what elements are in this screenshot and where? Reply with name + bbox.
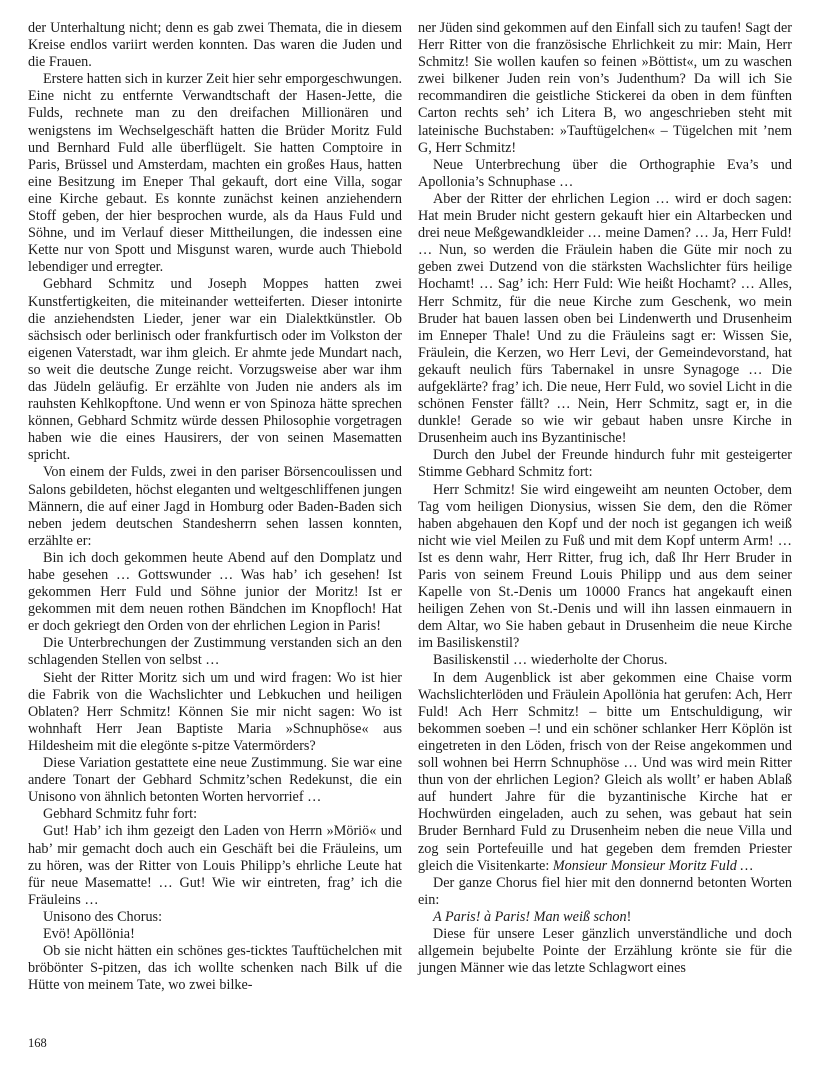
paragraph: Aber der Ritter der ehrlichen Legion … w… (418, 191, 792, 447)
paragraph: Der ganze Chorus fiel hier mit den donne… (418, 875, 792, 909)
paragraph: ner Jüden sind gekommen auf den Einfall … (418, 20, 792, 157)
paragraph: Herr Schmitz! Sie wird eingeweiht am neu… (418, 482, 792, 653)
text-segment: Bin ich doch gekommen heute Abend auf de… (28, 550, 402, 634)
paragraph: der Unterhaltung nicht; denn es gab zwei… (28, 20, 402, 71)
paragraph: A Paris! à Paris! Man weiß schon! (418, 909, 792, 926)
italic-text-segment: A Paris! à Paris! Man weiß schon (433, 909, 627, 925)
text-segment: Sieht der Ritter Moritz sich um und wird… (28, 670, 402, 754)
paragraph: Bin ich doch gekommen heute Abend auf de… (28, 550, 402, 635)
text-segment: ! (627, 909, 632, 925)
paragraph: Von einem der Fulds, zwei in den pariser… (28, 464, 402, 549)
text-segment: Ob sie nicht hätten ein schönes ges-tick… (28, 943, 402, 993)
text-segment: Gut! Hab’ ich ihm gezeigt den Laden von … (28, 823, 402, 907)
text-segment: ner Jüden sind gekommen auf den Einfall … (418, 20, 792, 156)
text-segment: Evö! Apöllönia! (43, 926, 135, 942)
paragraph: Gut! Hab’ ich ihm gezeigt den Laden von … (28, 823, 402, 908)
right-column: ner Jüden sind gekommen auf den Einfall … (418, 20, 792, 1033)
paragraph: Neue Unterbrechung über die Orthographie… (418, 157, 792, 191)
text-segment: Gebhard Schmitz und Joseph Moppes hatten… (28, 276, 402, 463)
paragraph: Basiliskenstil … wiederholte der Chorus. (418, 652, 792, 669)
paragraph: In dem Augenblick ist aber gekommen eine… (418, 670, 792, 875)
text-segment: Unisono des Chorus: (43, 909, 162, 925)
paragraph: Evö! Apöllönia! (28, 926, 402, 943)
paragraph: Die Unterbrechungen der Zustimmung verst… (28, 635, 402, 669)
text-segment: der Unterhaltung nicht; denn es gab zwei… (28, 20, 402, 70)
text-segment: Erstere hatten sich in kurzer Zeit hier … (28, 71, 402, 275)
text-columns: der Unterhaltung nicht; denn es gab zwei… (28, 20, 792, 1033)
text-segment: Durch den Jubel der Freunde hindurch fuh… (418, 447, 792, 480)
paragraph: Diese Variation gestattete eine neue Zus… (28, 755, 402, 806)
text-segment: Herr Schmitz! Sie wird eingeweiht am neu… (418, 482, 792, 652)
paragraph: Unisono des Chorus: (28, 909, 402, 926)
text-segment: Basiliskenstil … wiederholte der Chorus. (433, 652, 667, 668)
paragraph: Gebhard Schmitz und Joseph Moppes hatten… (28, 276, 402, 464)
text-segment: Die Unterbrechungen der Zustimmung verst… (28, 635, 402, 668)
paragraph: Durch den Jubel der Freunde hindurch fuh… (418, 447, 792, 481)
page-number: 168 (28, 1036, 792, 1050)
text-segment: In dem Augenblick ist aber gekommen eine… (418, 670, 792, 874)
paragraph: Diese für unsere Leser gänzlich unverstä… (418, 926, 792, 977)
text-segment: Gebhard Schmitz fuhr fort: (43, 806, 197, 822)
left-column: der Unterhaltung nicht; denn es gab zwei… (28, 20, 402, 1033)
text-segment: Der ganze Chorus fiel hier mit den donne… (418, 875, 792, 908)
italic-text-segment: Monsieur Monsieur Moritz Fuld … (553, 858, 753, 874)
text-segment: Diese Variation gestattete eine neue Zus… (28, 755, 402, 805)
paragraph: Ob sie nicht hätten ein schönes ges-tick… (28, 943, 402, 994)
text-segment: Diese für unsere Leser gänzlich unverstä… (418, 926, 792, 976)
paragraph: Sieht der Ritter Moritz sich um und wird… (28, 670, 402, 755)
text-segment: Aber der Ritter der ehrlichen Legion … w… (418, 191, 792, 446)
paragraph: Erstere hatten sich in kurzer Zeit hier … (28, 71, 402, 276)
text-segment: Von einem der Fulds, zwei in den pariser… (28, 464, 402, 548)
paragraph: Gebhard Schmitz fuhr fort: (28, 806, 402, 823)
book-page: der Unterhaltung nicht; denn es gab zwei… (0, 0, 819, 1065)
text-segment: Neue Unterbrechung über die Orthographie… (418, 157, 792, 190)
